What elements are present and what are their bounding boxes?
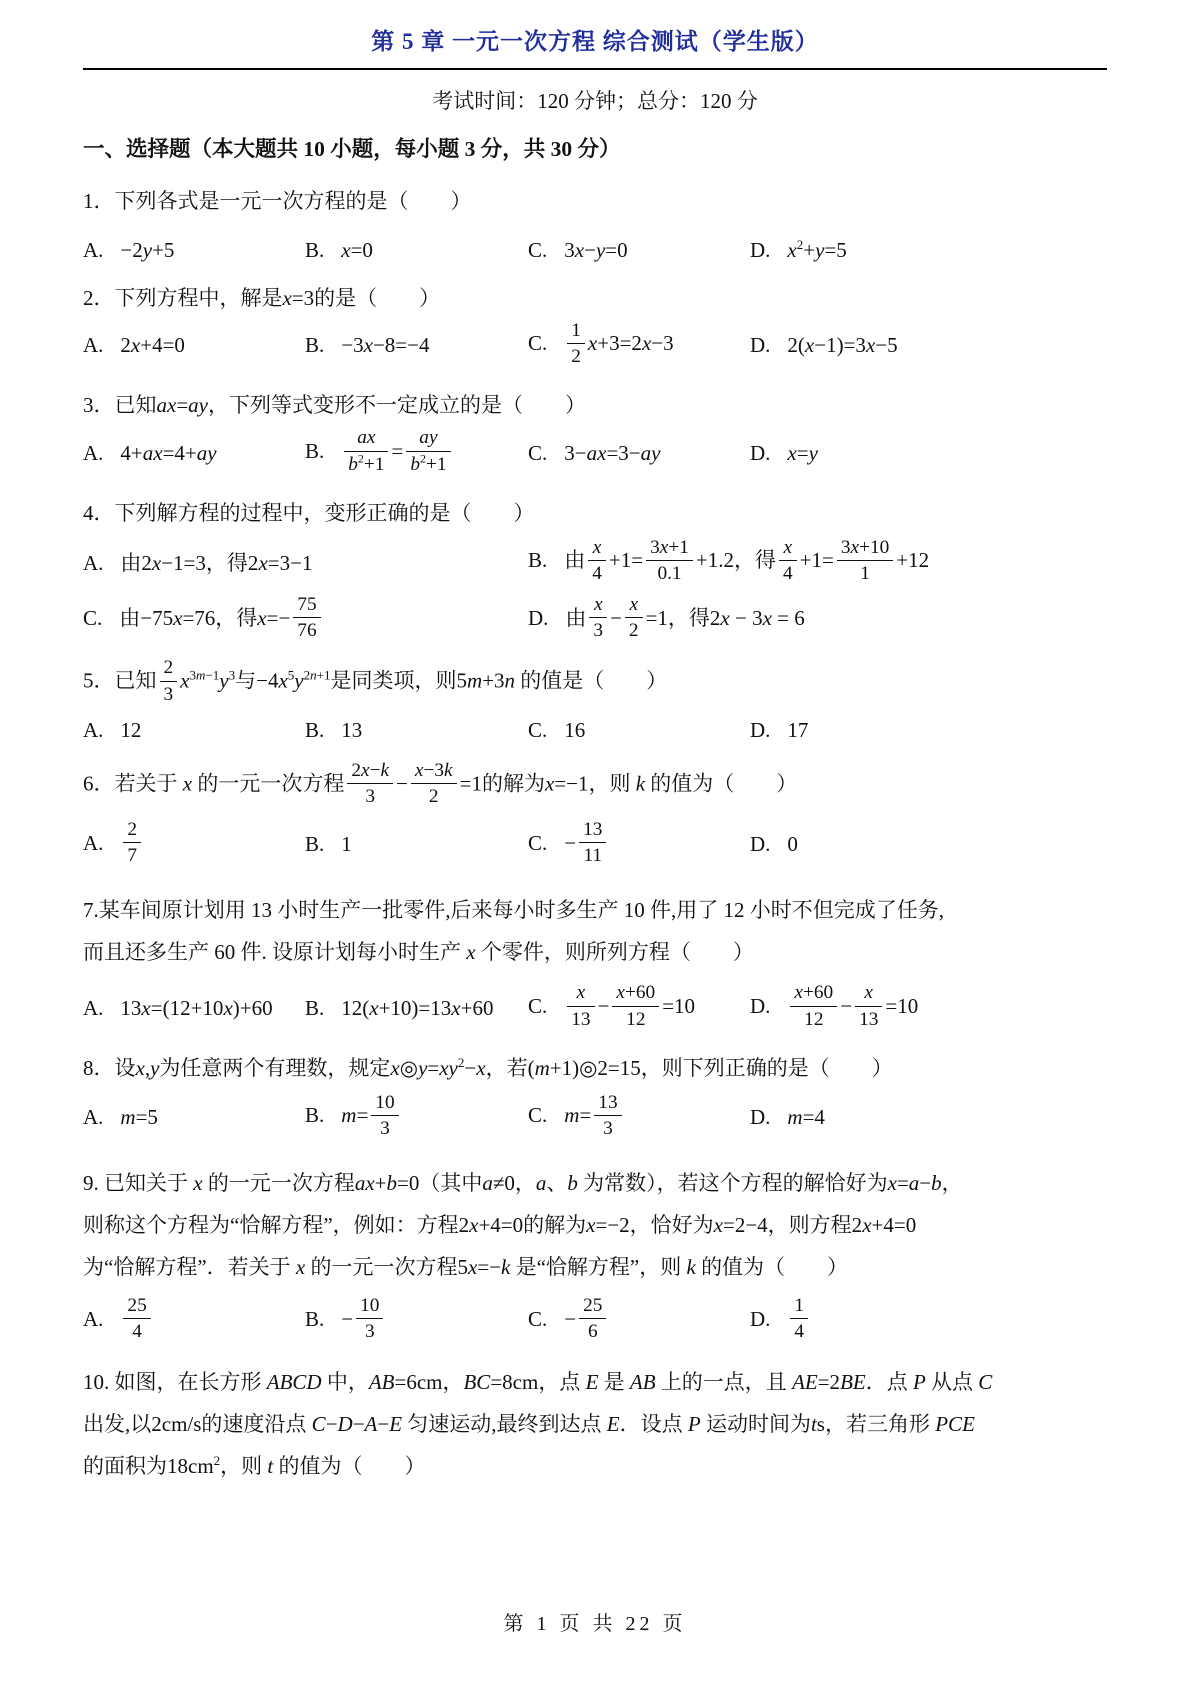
- option-c: C.3−ax=3−ay: [528, 441, 750, 466]
- option-formula: −3x−8=−4: [341, 333, 429, 357]
- option-formula: 由2x−1=3，得2x=3−1: [120, 551, 312, 575]
- question-2: 2．下列方程中，解是x=3的是（ ） A.2x+4=0 B.−3x−8=−4 C…: [83, 283, 1107, 370]
- option-formula: 由x4+1=3x+10.1+1.2，得x4+1=3x+101+12: [564, 548, 929, 572]
- option-label: B.: [305, 996, 324, 1020]
- question-4-stem: 4．下列解方程的过程中，变形正确的是（ ）: [83, 498, 1107, 528]
- option-b: B.−3x−8=−4: [305, 333, 528, 358]
- question-6: 6．若关于 x 的一元一次方程2x−k3−x−3k2=1的解为x=−1，则 k …: [83, 761, 1107, 870]
- question-4-options: A.由2x−1=3，得2x=3−1 B.由x4+1=3x+10.1+1.2，得x…: [83, 538, 1107, 645]
- option-d: D.由x3−x2=1，得2x − 3x = 6: [528, 595, 1107, 644]
- question-3-options: A.4+ax=4+ay B.axb2+1=ayb2+1 C.3−ax=3−ay …: [83, 428, 1107, 477]
- question-4: 4．下列解方程的过程中，变形正确的是（ ） A.由2x−1=3，得2x=3−1 …: [83, 498, 1107, 645]
- question-5: 5．已知23x3m−1y3与−4x5y2n+1是同类项，则5m+3n 的值是（ …: [83, 658, 1107, 742]
- option-d: D.x+6012−x13=10: [750, 983, 1107, 1032]
- option-label: B.: [528, 548, 547, 572]
- option-formula: x2+y=5: [787, 238, 846, 262]
- question-10-stem: 10. 如图，在长方形 ABCD 中，AB=6cm，BC=8cm，点 E 是 A…: [83, 1361, 1107, 1487]
- question-8-stem: 8．设x,y为任意两个有理数，规定x◎y=xy2−x，若(m+1)◎2=15，则…: [83, 1053, 1107, 1083]
- option-formula: 12: [120, 718, 141, 742]
- option-a: A.12: [83, 718, 305, 743]
- option-formula: x=0: [341, 238, 373, 262]
- question-3-stem: 3．已知ax=ay，下列等式变形不一定成立的是（ ）: [83, 390, 1107, 420]
- option-label: C.: [528, 718, 547, 742]
- question-10: 10. 如图，在长方形 ABCD 中，AB=6cm，BC=8cm，点 E 是 A…: [83, 1361, 1107, 1487]
- section-heading: 一、选择题（本大题共 10 小题，每小题 3 分，共 30 分）: [83, 134, 1107, 164]
- option-a: A.27: [83, 820, 305, 869]
- option-c: C.由−75x=76，得x=−7576: [83, 595, 528, 644]
- option-formula: 2x+4=0: [120, 333, 185, 357]
- option-label: C.: [528, 238, 547, 262]
- option-formula: m=5: [120, 1105, 158, 1129]
- option-c: C.x13−x+6012=10: [528, 983, 750, 1032]
- question-9: 9. 已知关于 x 的一元一次方程ax+b=0（其中a≠0，a、b 为常数），若…: [83, 1162, 1107, 1345]
- option-label: D.: [750, 994, 770, 1018]
- option-a: A.254: [83, 1296, 305, 1345]
- option-formula: 27: [120, 831, 144, 855]
- option-a: A.4+ax=4+ay: [83, 441, 305, 466]
- option-formula: 17: [787, 718, 808, 742]
- option-label: B.: [305, 1307, 324, 1331]
- option-b: B.−103: [305, 1296, 528, 1345]
- option-formula: 3−ax=3−ay: [564, 441, 660, 465]
- option-d: D.17: [750, 718, 1107, 743]
- option-label: A.: [83, 333, 103, 357]
- page-title: 第 5 章 一元一次方程 综合测试（学生版）: [83, 26, 1107, 58]
- option-label: A.: [83, 1105, 103, 1129]
- option-formula: 254: [120, 1307, 153, 1331]
- option-a: A.由2x−1=3，得2x=3−1: [83, 547, 528, 577]
- option-b: B.axb2+1=ayb2+1: [305, 428, 528, 477]
- question-2-stem: 2．下列方程中，解是x=3的是（ ）: [83, 283, 1107, 313]
- option-label: C.: [528, 994, 547, 1018]
- option-label: D.: [750, 1307, 770, 1331]
- option-formula: x=y: [787, 441, 818, 465]
- option-label: B.: [305, 832, 324, 856]
- option-formula: 14: [787, 1307, 811, 1331]
- question-7-options: A.13x=(12+10x)+60 B.12(x+10)=13x+60 C.x1…: [83, 983, 1107, 1032]
- option-label: A.: [83, 831, 103, 855]
- option-formula: 12x+3=2x−3: [564, 331, 673, 355]
- option-label: B.: [305, 1103, 324, 1127]
- option-label: D.: [750, 832, 770, 856]
- option-c: C.16: [528, 718, 750, 743]
- option-label: C.: [528, 331, 547, 355]
- option-formula: 由−75x=76，得x=−7576: [119, 606, 323, 630]
- exam-info: 考试时间：120 分钟；总分：120 分: [83, 86, 1107, 116]
- option-label: D.: [750, 718, 770, 742]
- option-b: B.x=0: [305, 238, 528, 263]
- option-formula: x+6012−x13=10: [787, 994, 918, 1018]
- option-label: C.: [528, 1103, 547, 1127]
- question-7: 7.某车间原计划用 13 小时生产一批零件,后来每小时多生产 10 件,用了 1…: [83, 889, 1107, 1032]
- option-formula: 13x=(12+10x)+60: [120, 996, 272, 1020]
- test-paper-page: 第 5 章 一元一次方程 综合测试（学生版） 考试时间：120 分钟；总分：12…: [0, 0, 1190, 1682]
- option-formula: −2y+5: [120, 238, 174, 262]
- question-8-options: A.m=5 B.m=103 C.m=133 D.m=4: [83, 1093, 1107, 1142]
- option-formula: 1: [341, 832, 352, 856]
- option-a: A.m=5: [83, 1105, 305, 1130]
- option-b: B.由x4+1=3x+10.1+1.2，得x4+1=3x+101+12: [528, 538, 1107, 587]
- option-formula: m=133: [564, 1103, 624, 1127]
- option-formula: m=103: [341, 1103, 401, 1127]
- question-6-options: A.27 B.1 C.−1311 D.0: [83, 820, 1107, 869]
- question-1: 1．下列各式是一元一次方程的是（ ） A.−2y+5 B.x=0 C.3x−y=…: [83, 186, 1107, 263]
- option-formula: −256: [564, 1307, 609, 1331]
- option-d: D.x=y: [750, 441, 1107, 466]
- option-c: C.m=133: [528, 1093, 750, 1142]
- option-formula: m=4: [787, 1105, 825, 1129]
- option-label: D.: [750, 1105, 770, 1129]
- question-1-options: A.−2y+5 B.x=0 C.3x−y=0 D.x2+y=5: [83, 238, 1107, 263]
- question-8: 8．设x,y为任意两个有理数，规定x◎y=xy2−x，若(m+1)◎2=15，则…: [83, 1053, 1107, 1142]
- question-7-stem: 7.某车间原计划用 13 小时生产一批零件,后来每小时多生产 10 件,用了 1…: [83, 889, 1107, 973]
- option-label: B.: [305, 333, 324, 357]
- option-label: C.: [528, 441, 547, 465]
- option-c: C.−1311: [528, 820, 750, 869]
- option-d: D.0: [750, 832, 1107, 857]
- question-6-stem: 6．若关于 x 的一元一次方程2x−k3−x−3k2=1的解为x=−1，则 k …: [83, 761, 1107, 810]
- question-5-options: A.12 B.13 C.16 D.17: [83, 718, 1107, 743]
- question-9-options: A.254 B.−103 C.−256 D.14: [83, 1296, 1107, 1345]
- option-b: B.13: [305, 718, 528, 743]
- option-label: C.: [83, 606, 102, 630]
- option-label: A.: [83, 441, 103, 465]
- title-divider: [83, 68, 1107, 70]
- option-label: A.: [83, 551, 103, 575]
- option-label: C.: [528, 831, 547, 855]
- option-c: C.−256: [528, 1296, 750, 1345]
- question-9-stem: 9. 已知关于 x 的一元一次方程ax+b=0（其中a≠0，a、b 为常数），若…: [83, 1162, 1107, 1288]
- option-formula: axb2+1=ayb2+1: [341, 439, 453, 463]
- option-formula: −103: [341, 1307, 386, 1331]
- option-formula: 0: [787, 832, 798, 856]
- option-label: A.: [83, 1307, 103, 1331]
- option-label: B.: [305, 439, 324, 463]
- option-formula: 12(x+10)=13x+60: [341, 996, 493, 1020]
- question-2-options: A.2x+4=0 B.−3x−8=−4 C.12x+3=2x−3 D.2(x−1…: [83, 321, 1107, 370]
- option-label: D.: [750, 333, 770, 357]
- question-5-stem: 5．已知23x3m−1y3与−4x5y2n+1是同类项，则5m+3n 的值是（ …: [83, 658, 1107, 707]
- option-label: A.: [83, 238, 103, 262]
- option-formula: 13: [341, 718, 362, 742]
- option-d: D.m=4: [750, 1105, 1107, 1130]
- page-footer: 第 1 页 共 22 页: [0, 1607, 1190, 1636]
- question-3: 3．已知ax=ay，下列等式变形不一定成立的是（ ） A.4+ax=4+ay B…: [83, 390, 1107, 477]
- option-label: B.: [305, 718, 324, 742]
- option-b: B.12(x+10)=13x+60: [305, 996, 528, 1021]
- option-a: A.−2y+5: [83, 238, 305, 263]
- option-label: D.: [528, 606, 548, 630]
- option-d: D.x2+y=5: [750, 238, 1107, 263]
- option-c: C.3x−y=0: [528, 238, 750, 263]
- option-a: A.13x=(12+10x)+60: [83, 996, 305, 1021]
- option-formula: −1311: [564, 831, 609, 855]
- option-b: B.1: [305, 832, 528, 857]
- option-d: D.2(x−1)=3x−5: [750, 333, 1107, 358]
- option-formula: 3x−y=0: [564, 238, 627, 262]
- option-formula: 16: [564, 718, 585, 742]
- option-label: B.: [305, 238, 324, 262]
- option-label: C.: [528, 1307, 547, 1331]
- option-d: D.14: [750, 1296, 1107, 1345]
- option-formula: 由x3−x2=1，得2x − 3x = 6: [565, 606, 804, 630]
- option-b: B.m=103: [305, 1093, 528, 1142]
- option-formula: 4+ax=4+ay: [120, 441, 216, 465]
- option-label: D.: [750, 238, 770, 262]
- option-c: C.12x+3=2x−3: [528, 321, 750, 370]
- option-formula: x13−x+6012=10: [564, 994, 695, 1018]
- option-label: D.: [750, 441, 770, 465]
- option-label: A.: [83, 996, 103, 1020]
- question-1-stem: 1．下列各式是一元一次方程的是（ ）: [83, 186, 1107, 216]
- option-label: A.: [83, 718, 103, 742]
- option-formula: 2(x−1)=3x−5: [787, 333, 897, 357]
- option-a: A.2x+4=0: [83, 333, 305, 358]
